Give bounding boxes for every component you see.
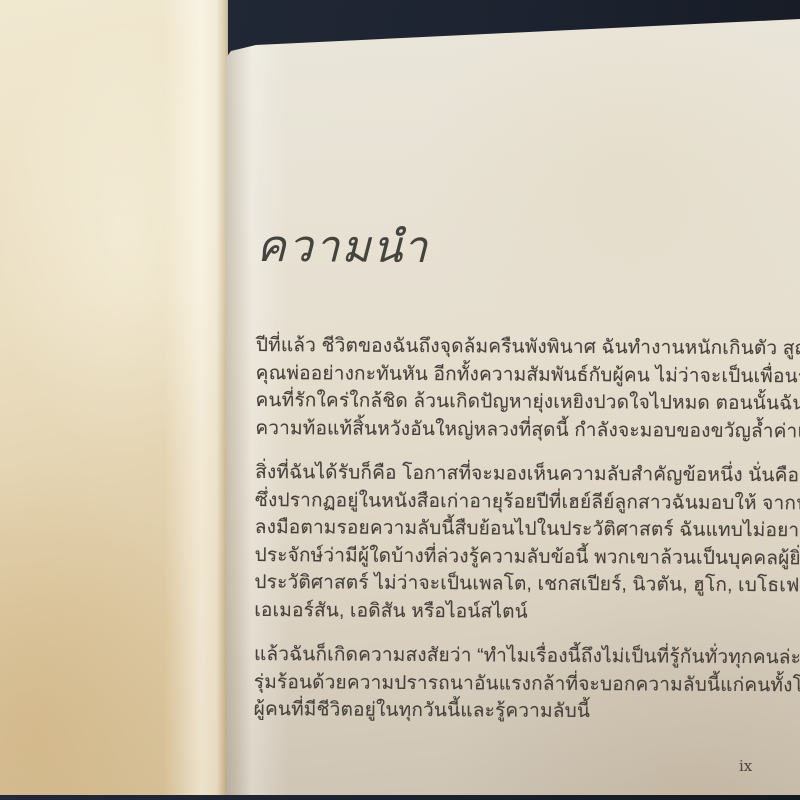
text-line: ประจักษ์ว่ามีผู้ใดบ้างที่ล่วงรู้ความลับข… [255,541,761,572]
text-line: ปีที่แล้ว ชีวิตของฉันถึงจุดล้มครืนพังพิน… [256,332,762,363]
page-text-block: ความนำ ปีที่แล้ว ชีวิตของฉันถึงจุดล้มครื… [253,0,764,744]
right-page: ความนำ ปีที่แล้ว ชีวิตของฉันถึงจุดล้มครื… [226,0,800,795]
page-number: ix [739,757,752,775]
text-line: คุณพ่ออย่างกะทันหัน อีกทั้งความสัมพันธ์ก… [256,359,762,390]
chapter-title: ความนำ [256,212,762,285]
text-line: คนที่รักใคร่ใกล้ชิด ล้วนเกิดปัญหายุ่งเหย… [255,387,761,418]
text-line: เอเมอร์สัน, เอดิสัน หรือไอน์สไตน์ [254,596,760,627]
text-line: ผู้คนที่มีชีวิตอยู่ในทุกวันนี้และรู้ความ… [254,696,760,727]
text-line: สิ่งที่ฉันได้รับก็คือ โอกาสที่จะมองเห็นค… [255,459,761,490]
left-page [0,0,228,795]
paragraph-2: สิ่งที่ฉันได้รับก็คือ โอกาสที่จะมองเห็นค… [254,459,761,627]
text-line: แล้วฉันก็เกิดความสงสัยว่า “ทำไมเรื่องนี้… [254,641,760,672]
gutter-shadow [164,0,228,795]
book-photo-background: ความนำ ปีที่แล้ว ชีวิตของฉันถึงจุดล้มครื… [0,0,800,800]
text-line: ซึ่งปรากฏอยู่ในหนังสือเก่าอายุร้อยปีที่เ… [255,486,761,517]
paragraph-3: แล้วฉันก็เกิดความสงสัยว่า “ทำไมเรื่องนี้… [254,641,760,727]
text-line: ประวัติศาสตร์ ไม่ว่าจะเป็นเพลโต, เชกสเปี… [254,569,760,600]
text-line: ลงมือตามรอยความลับนี้สืบย้อนไปในประวัติศ… [255,514,761,545]
text-line: รุ่มร้อนด้วยความปรารถนาอันแรงกล้าที่จะบอ… [254,668,760,699]
text-line: ความท้อแท้สิ้นหวังอันใหญ่หลวงที่สุดนี้ ก… [255,414,761,445]
paragraph-1: ปีที่แล้ว ชีวิตของฉันถึงจุดล้มครืนพังพิน… [255,332,762,445]
